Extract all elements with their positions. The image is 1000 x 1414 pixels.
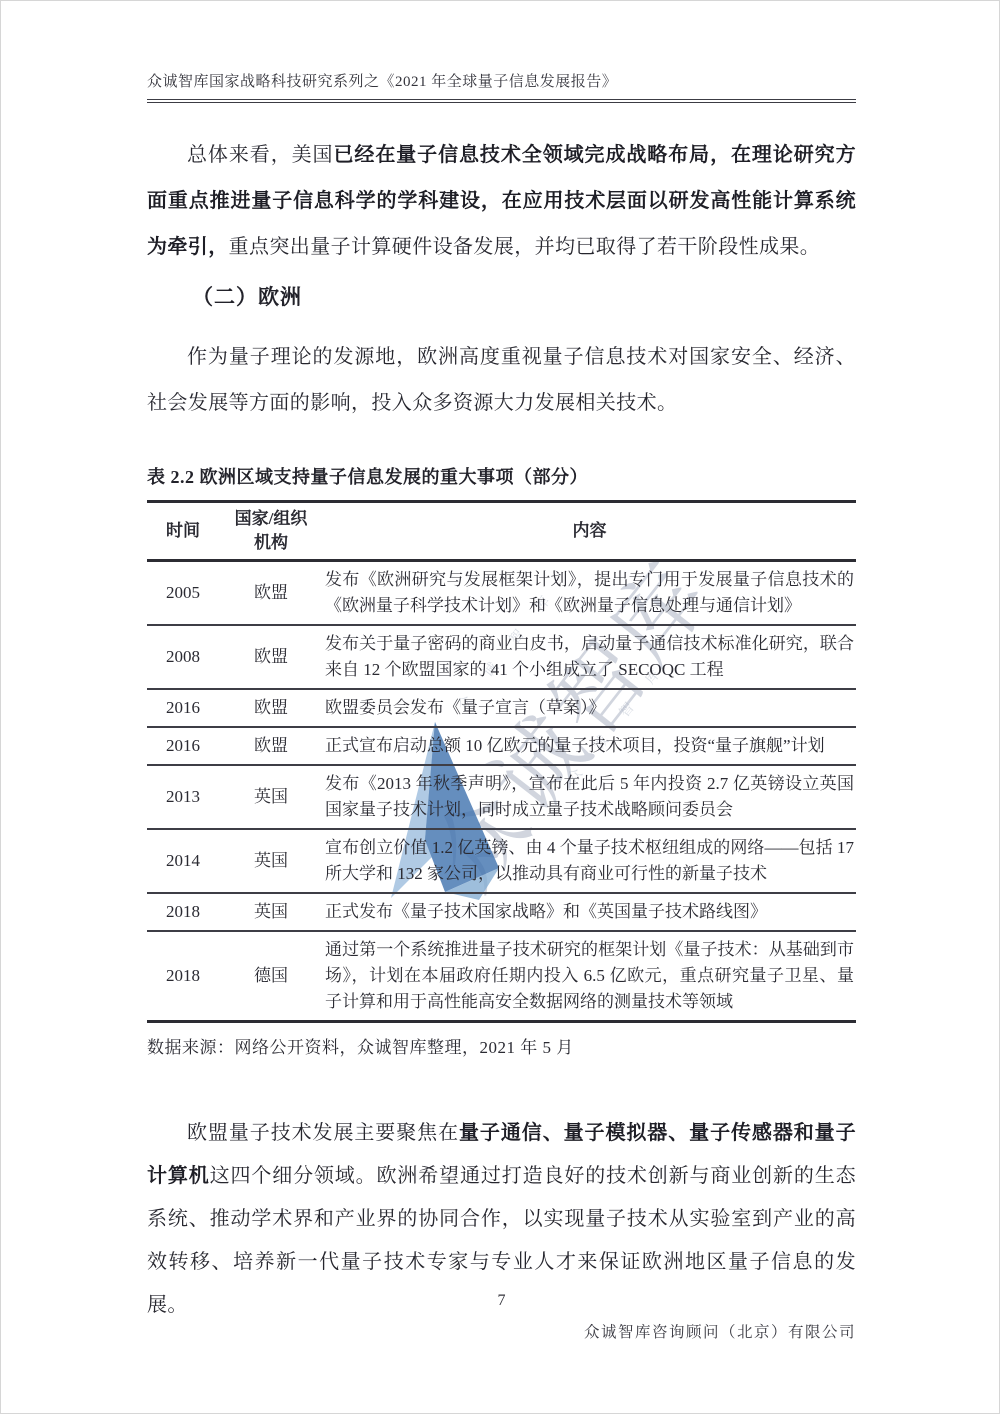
document-page: 众诚智库 众诚智库 众诚智库 众诚智库国家战略科技研究系列之《2021 年全球量… <box>0 0 1000 1414</box>
cell-time: 2016 <box>147 689 219 727</box>
table-row: 2005欧盟发布《欧洲研究与发展框架计划》，提出专门用于发展量子信息技术的《欧洲… <box>147 561 856 626</box>
cell-content: 正式发布《量子技术国家战略》和《英国量子技术路线图》 <box>323 893 856 931</box>
paragraph-text: 欧盟量子技术发展主要聚焦在 <box>187 1122 459 1144</box>
cell-org: 英国 <box>219 893 323 931</box>
page-number: 7 <box>147 1292 856 1310</box>
cell-time: 2013 <box>147 765 219 829</box>
cell-content: 发布《欧洲研究与发展框架计划》，提出专门用于发展量子信息技术的《欧洲量子科学技术… <box>323 561 856 626</box>
cell-content: 欧盟委员会发布《量子宣言（草案）》 <box>323 689 856 727</box>
data-source-note: 数据来源：网络公开资料，众诚智库整理，2021 年 5 月 <box>147 1033 856 1058</box>
paragraph-us-summary: 总体来看，美国已经在量子信息技术全领域完成战略布局，在理论研究方面重点推进量子信… <box>147 132 856 270</box>
column-header-time: 时间 <box>147 502 219 561</box>
events-table: 时间 国家/组织 机构 内容 2005欧盟发布《欧洲研究与发展框架计划》，提出专… <box>147 500 856 1023</box>
cell-content: 宣布创立价值 1.2 亿英镑、由 4 个量子技术枢纽组成的网络——包括 17 所… <box>323 829 856 893</box>
cell-org: 欧盟 <box>219 727 323 765</box>
table-row: 2018德国通过第一个系统推进量子技术研究的框架计划《量子技术：从基础到市场》，… <box>147 931 856 1022</box>
cell-content: 发布关于量子密码的商业白皮书，启动量子通信技术标准化研究，联合来自 12 个欧盟… <box>323 625 856 689</box>
cell-content: 通过第一个系统推进量子技术研究的框架计划《量子技术：从基础到市场》，计划在本届政… <box>323 931 856 1022</box>
table-row: 2014英国宣布创立价值 1.2 亿英镑、由 4 个量子技术枢纽组成的网络——包… <box>147 829 856 893</box>
cell-org: 德国 <box>219 931 323 1022</box>
cell-org: 欧盟 <box>219 689 323 727</box>
events-table-body: 2005欧盟发布《欧洲研究与发展框架计划》，提出专门用于发展量子信息技术的《欧洲… <box>147 561 856 1022</box>
paragraph-europe-intro: 作为量子理论的发源地，欧洲高度重视量子信息技术对国家安全、经济、社会发展等方面的… <box>147 334 856 426</box>
cell-org: 欧盟 <box>219 561 323 626</box>
events-table-head: 时间 国家/组织 机构 内容 <box>147 502 856 561</box>
cell-content: 正式宣布启动总额 10 亿欧元的量子技术项目，投资“量子旗舰”计划 <box>323 727 856 765</box>
cell-time: 2018 <box>147 893 219 931</box>
table-caption: 表 2.2 欧洲区域支持量子信息发展的重大事项（部分） <box>147 463 856 489</box>
cell-org: 英国 <box>219 765 323 829</box>
cell-content: 发布《2013 年秋季声明》，宣布在此后 5 年内投资 2.7 亿英镑设立英国国… <box>323 765 856 829</box>
column-header-org: 国家/组织 机构 <box>219 502 323 561</box>
table-row: 2013英国发布《2013 年秋季声明》，宣布在此后 5 年内投资 2.7 亿英… <box>147 765 856 829</box>
table-row: 2016欧盟正式宣布启动总额 10 亿欧元的量子技术项目，投资“量子旗舰”计划 <box>147 727 856 765</box>
cell-time: 2005 <box>147 561 219 626</box>
column-header-content: 内容 <box>323 502 856 561</box>
paragraph-text: 总体来看，美国 <box>187 144 333 166</box>
table-block: 表 2.2 欧洲区域支持量子信息发展的重大事项（部分） 时间 国家/组织 机构 … <box>147 463 856 1058</box>
cell-time: 2016 <box>147 727 219 765</box>
table-row: 2008欧盟发布关于量子密码的商业白皮书，启动量子通信技术标准化研究，联合来自 … <box>147 625 856 689</box>
footer-company: 众诚智库咨询顾问（北京）有限公司 <box>147 1320 856 1342</box>
section-heading-europe: （二）欧洲 <box>147 281 901 311</box>
table-row: 2016欧盟欧盟委员会发布《量子宣言（草案）》 <box>147 689 856 727</box>
cell-time: 2008 <box>147 625 219 689</box>
running-header: 众诚智库国家战略科技研究系列之《2021 年全球量子信息发展报告》 <box>147 70 856 103</box>
header-row: 时间 国家/组织 机构 内容 <box>147 502 856 561</box>
cell-org: 英国 <box>219 829 323 893</box>
table-row: 2018英国正式发布《量子技术国家战略》和《英国量子技术路线图》 <box>147 893 856 931</box>
cell-time: 2014 <box>147 829 219 893</box>
cell-time: 2018 <box>147 931 219 1022</box>
paragraph-text: 重点突出量子计算硬件设备发展，并均已取得了若干阶段性成果。 <box>229 236 821 258</box>
cell-org: 欧盟 <box>219 625 323 689</box>
